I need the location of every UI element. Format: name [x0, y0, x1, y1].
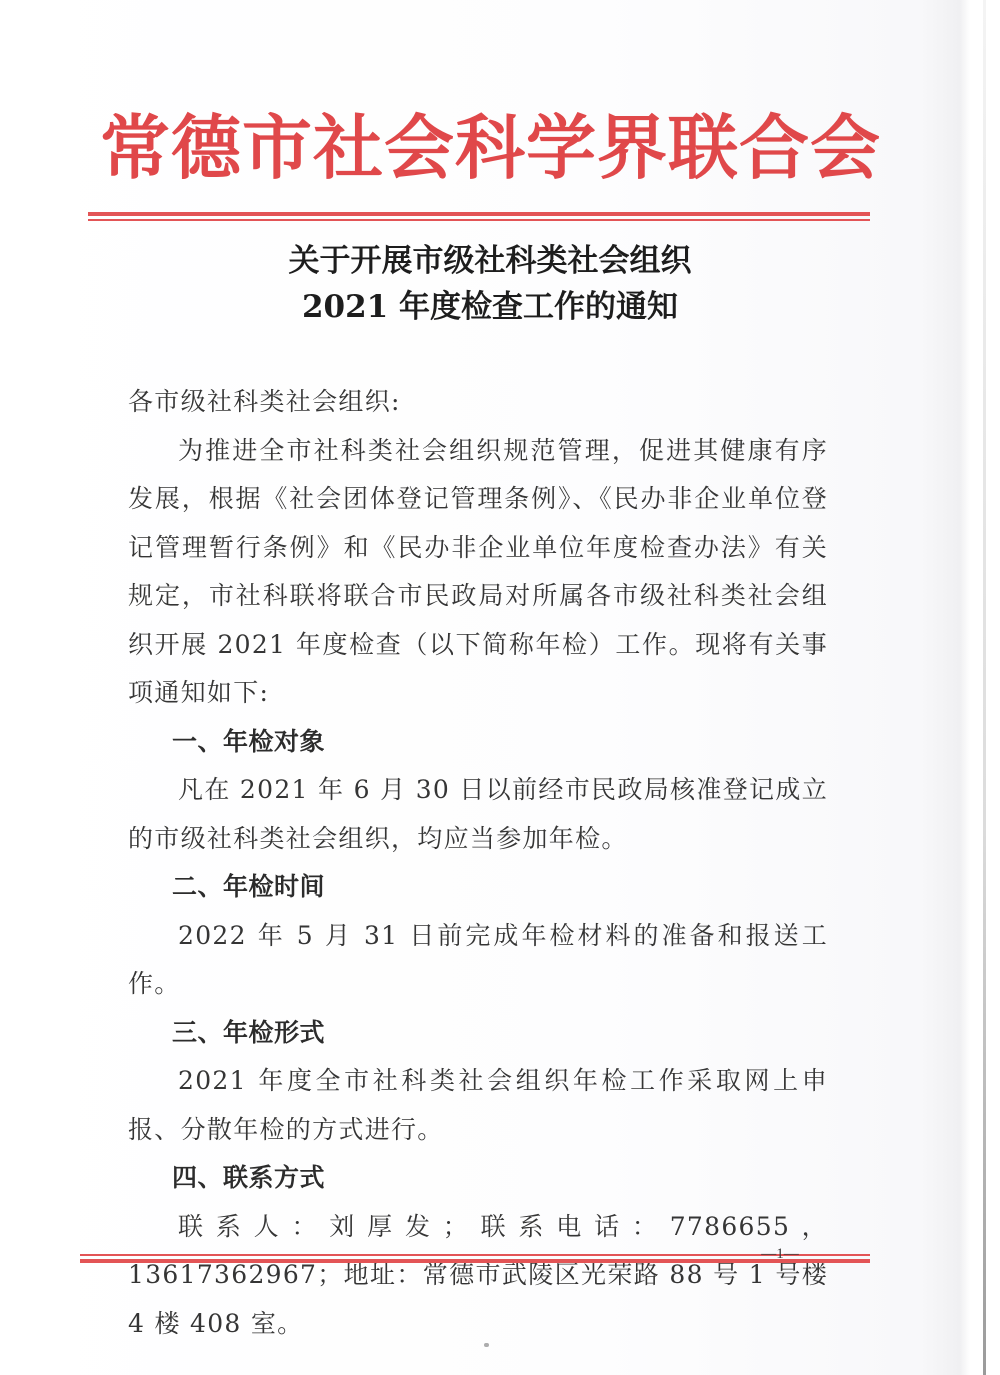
- scan-artifact-dot: [484, 1343, 489, 1347]
- section-text-contact: 联系人：刘厚发；联系电话：7786655，13617362967；地址：常德市武…: [128, 1203, 828, 1349]
- letterhead-char: 常: [100, 100, 170, 195]
- page-number: —1—: [750, 1244, 810, 1266]
- letterhead-char: 学: [526, 100, 596, 195]
- letterhead-char: 会: [810, 100, 880, 195]
- section-heading-time: 二、年检时间: [128, 863, 828, 912]
- letterhead-char: 德: [171, 100, 241, 195]
- section-heading-contact: 四、联系方式: [128, 1154, 828, 1203]
- title-line-1: 关于开展市级社科类社会组织: [150, 238, 830, 284]
- letterhead-org-name: 常 德 市 社 会 科 学 界 联 合 会: [100, 100, 880, 195]
- header-red-rule-thin: [88, 219, 870, 221]
- letterhead-char: 联: [668, 100, 738, 195]
- letterhead-char: 市: [242, 100, 312, 195]
- scan-edge-shadow: [983, 0, 986, 1375]
- letterhead-char: 会: [384, 100, 454, 195]
- header-red-rule-thick: [88, 212, 870, 216]
- title-line-2: 2021 年度检查工作的通知: [150, 284, 830, 330]
- section-heading-targets: 一、年检对象: [128, 718, 828, 767]
- document-body: 各市级社科类社会组织: 为推进全市社科类社会组织规范管理，促进其健康有序发展，根…: [128, 378, 828, 1348]
- section-text-time: 2022 年 5 月 31 日前完成年检材料的准备和报送工作。: [128, 912, 828, 1009]
- document-page: 常 德 市 社 会 科 学 界 联 合 会 关于开展市级社科类社会组织 2021…: [0, 0, 1000, 1375]
- section-heading-form: 三、年检形式: [128, 1009, 828, 1058]
- salutation: 各市级社科类社会组织:: [128, 378, 828, 427]
- letterhead-char: 科: [455, 100, 525, 195]
- intro-paragraph: 为推进全市社科类社会组织规范管理，促进其健康有序发展，根据《社会团体登记管理条例…: [128, 427, 828, 718]
- section-text-targets: 凡在 2021 年 6 月 30 日以前经市民政局核准登记成立的市级社科类社会组…: [128, 766, 828, 863]
- section-text-form: 2021 年度全市社科类社会组织年检工作采取网上申报、分散年检的方式进行。: [128, 1057, 828, 1154]
- letterhead-char: 界: [597, 100, 667, 195]
- document-title: 关于开展市级社科类社会组织 2021 年度检查工作的通知: [150, 238, 830, 330]
- letterhead-char: 合: [739, 100, 809, 195]
- letterhead-char: 社: [313, 100, 383, 195]
